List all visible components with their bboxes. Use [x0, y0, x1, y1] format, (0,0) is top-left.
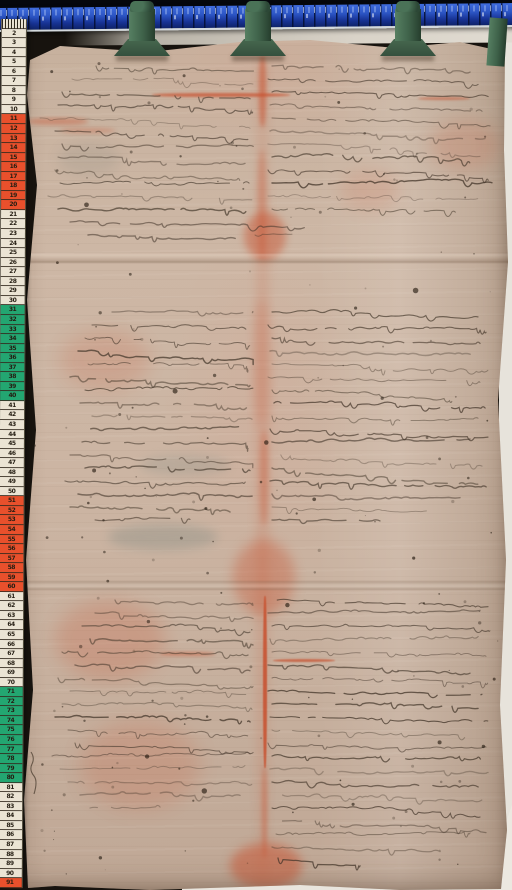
- ruler-cell: 85: [0, 821, 22, 831]
- ruler-cell: 52: [0, 506, 24, 516]
- ruler-cell: 50: [0, 487, 24, 497]
- clip-arm: [129, 9, 155, 41]
- manuscript-paper: [0, 0, 512, 890]
- ruler-cell: 5: [2, 57, 26, 67]
- ruler-cell: 47: [0, 458, 24, 468]
- ruler-cell: 15: [1, 153, 25, 163]
- ruler-cell: 25: [1, 248, 25, 258]
- ruler-cell: 54: [0, 525, 24, 535]
- ruler-cell: 40: [0, 391, 24, 401]
- centimeter-ruler: 2345678910111213141516171819202122232425…: [0, 19, 27, 888]
- ruler-cell: 35: [0, 344, 24, 354]
- ruler-cell: 86: [0, 830, 22, 840]
- ruler-cell: 78: [0, 754, 22, 764]
- ruler-cell: 51: [0, 496, 24, 506]
- ruler-cell: 76: [0, 735, 23, 745]
- ruler-cell: 72: [0, 697, 23, 707]
- ruler-cell: 87: [0, 840, 22, 850]
- ruler-cell: 41: [0, 401, 24, 411]
- ruler-cell: 81: [0, 783, 22, 793]
- ruler-cell: 58: [0, 563, 23, 573]
- ruler-cell: 34: [0, 334, 24, 344]
- ruler-cell: 18: [1, 181, 25, 191]
- ruler-cell: 59: [0, 573, 23, 583]
- ruler-cell: 36: [0, 353, 24, 363]
- ruler-cell: 55: [0, 535, 23, 545]
- ruler-cell: 13: [1, 134, 25, 144]
- ruler-cell: 80: [0, 773, 22, 783]
- ruler-cell: 31: [1, 305, 25, 315]
- ruler-cell: 32: [1, 315, 25, 325]
- ruler-cell: 88: [0, 850, 22, 860]
- clip-knob: [396, 1, 420, 12]
- ruler-cell: 65: [0, 630, 23, 640]
- bulldog-clip: [380, 1, 436, 63]
- ruler-cell: 79: [0, 764, 22, 774]
- clip-base: [114, 39, 170, 56]
- ruler-cell: 38: [0, 372, 24, 382]
- ruler-cell: 8: [2, 86, 26, 96]
- ruler-cell: 28: [1, 277, 25, 287]
- ruler-cell: 48: [0, 468, 24, 478]
- ruler-cell: 44: [0, 430, 24, 440]
- ruler-cell: 22: [1, 219, 25, 229]
- ruler-cell: 53: [0, 515, 24, 525]
- ruler-cell: 83: [0, 802, 22, 812]
- ruler-cell: 89: [0, 859, 22, 869]
- ruler-cell: 6: [2, 67, 26, 77]
- manuscript-photograph: 2345678910111213141516171819202122232425…: [0, 0, 512, 890]
- ruler-cell: 91: [0, 878, 22, 888]
- ruler-cell: 12: [1, 124, 25, 134]
- ruler-cell: 19: [1, 191, 25, 201]
- clip-arm: [486, 17, 507, 66]
- ruler-cell: 21: [1, 210, 25, 220]
- ruler-cell: 9: [2, 95, 26, 105]
- ruler-cell: 27: [1, 267, 25, 277]
- ruler-cell: 75: [0, 725, 23, 735]
- ruler-cell: 61: [0, 592, 23, 602]
- ruler-cell: 62: [0, 601, 23, 611]
- ruler-cell: 56: [0, 544, 23, 554]
- ruler-cell: 82: [0, 792, 22, 802]
- ruler-cell: 57: [0, 554, 23, 564]
- ruler-cell: 66: [0, 640, 23, 650]
- clip-knob: [246, 1, 270, 12]
- ruler-cell: 30: [1, 296, 25, 306]
- ruler-cell: 39: [0, 382, 24, 392]
- ruler-cell: 14: [1, 143, 25, 153]
- ruler-cell: 74: [0, 716, 23, 726]
- ruler-cell: 71: [0, 687, 23, 697]
- clip-base: [230, 39, 286, 56]
- clip-base: [380, 39, 436, 56]
- clip-arm: [395, 9, 421, 41]
- ruler-cell: 60: [0, 582, 23, 592]
- ruler-cell: 20: [1, 200, 25, 210]
- ruler-cell: 17: [1, 172, 25, 182]
- paper-edge-shading: [0, 0, 512, 890]
- ruler-cell: 42: [0, 410, 24, 420]
- clip-arm: [245, 9, 271, 41]
- ruler-cell: 69: [0, 668, 23, 678]
- ruler-cell: 73: [0, 706, 23, 716]
- ruler-cell: 37: [0, 363, 24, 373]
- ruler-cell: 43: [0, 420, 24, 430]
- ruler-cell: 4: [2, 48, 26, 58]
- ruler-cell: 77: [0, 745, 22, 755]
- ruler-cell: 24: [1, 239, 25, 249]
- ruler-cell: 10: [2, 105, 26, 115]
- ruler-cell: 26: [1, 258, 25, 268]
- ruler-cell: 46: [0, 449, 24, 459]
- ruler-cell: 68: [0, 659, 23, 669]
- ruler-cell: [2, 19, 26, 29]
- ruler-cell: 84: [0, 811, 22, 821]
- ruler-cell: 49: [0, 477, 24, 487]
- ruler-cell: 45: [0, 439, 24, 449]
- bulldog-clip-partial: [484, 17, 509, 68]
- ruler-cell: 16: [1, 162, 25, 172]
- bulldog-clip: [230, 1, 286, 63]
- ruler-cell: 63: [0, 611, 23, 621]
- ruler-cell: 90: [0, 869, 22, 879]
- ruler-cell: 3: [2, 38, 26, 48]
- ruler-cell: 29: [1, 286, 25, 296]
- ruler-cell: 67: [0, 649, 23, 659]
- ruler-cell: 11: [1, 114, 25, 124]
- bulldog-clip: [114, 1, 170, 63]
- ruler-cell: 2: [2, 29, 26, 39]
- clip-knob: [130, 1, 154, 12]
- ruler-cell: 23: [1, 229, 25, 239]
- ruler-cell: 70: [0, 678, 23, 688]
- ruler-cell: 7: [2, 76, 26, 86]
- ruler-cell: 64: [0, 620, 23, 630]
- ruler-cell: 33: [0, 325, 24, 335]
